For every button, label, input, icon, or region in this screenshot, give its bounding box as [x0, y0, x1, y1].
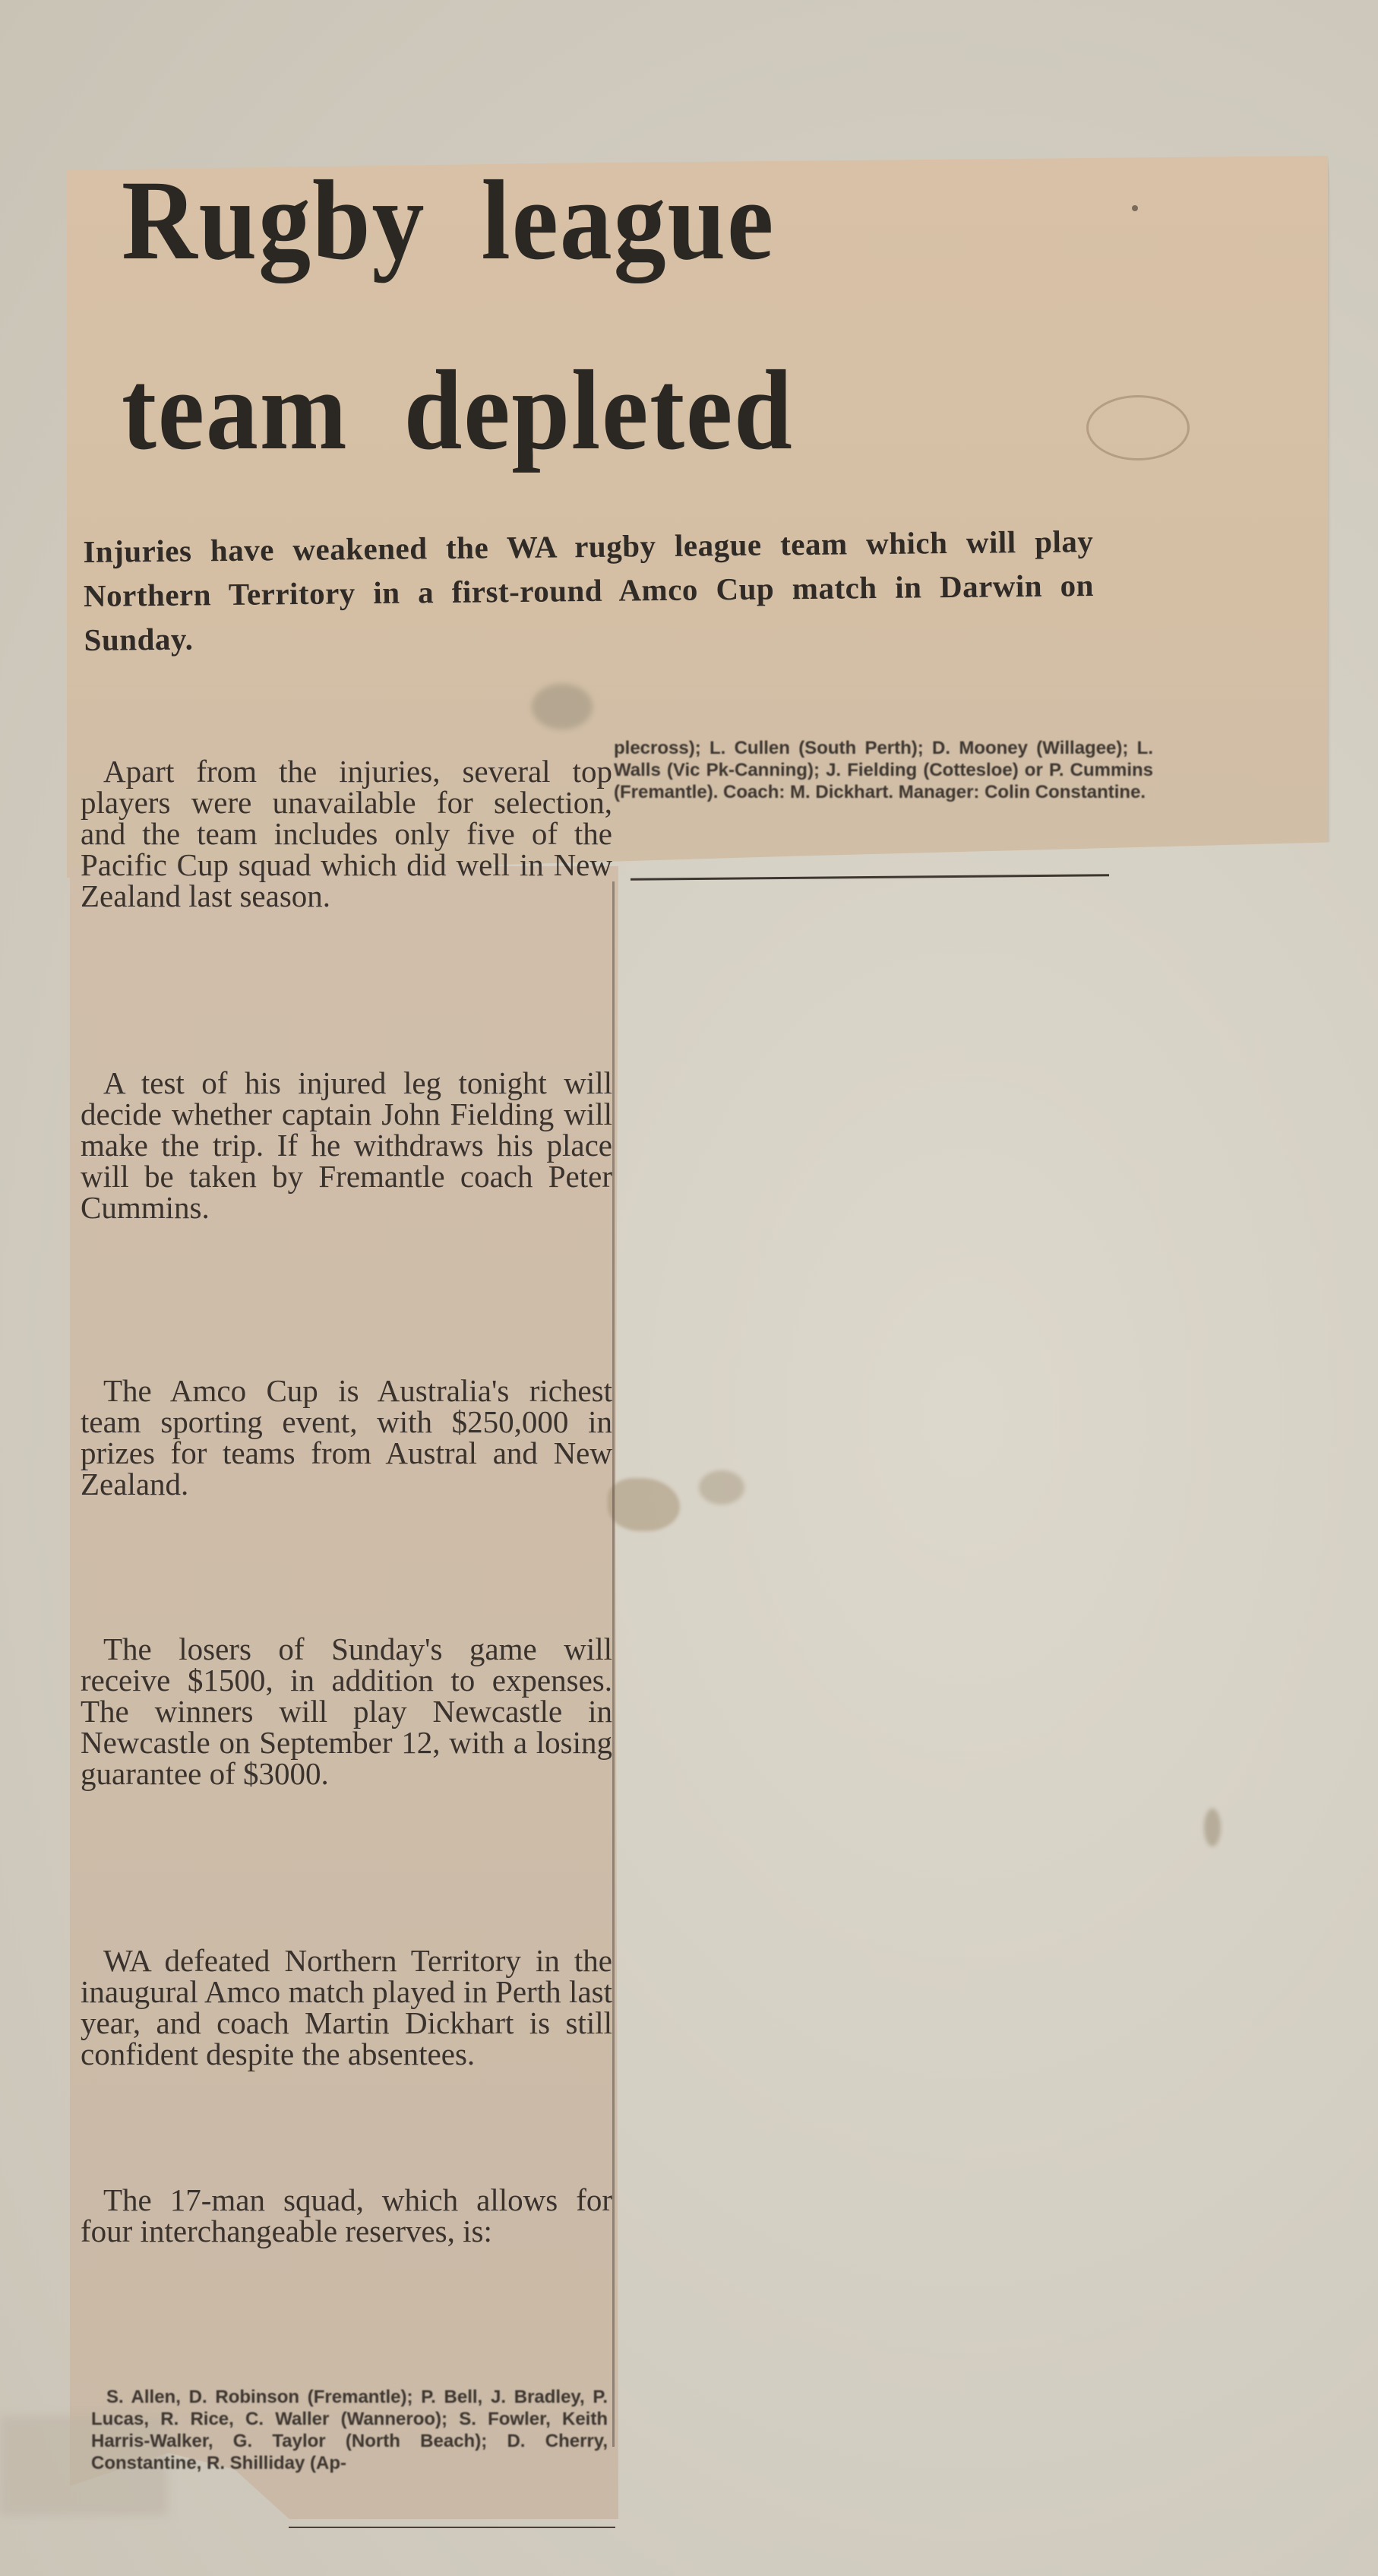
body-paragraph: The losers of Sunday's game will receive… [81, 1634, 612, 1790]
bottom-rule [289, 2527, 615, 2528]
standfirst: Injuries have weakened the WA rugby leag… [83, 519, 1095, 662]
paragraph-text: A test of his injured leg tonight will d… [81, 1068, 612, 1223]
paragraph-text: Apart from the injuries, several top pla… [81, 756, 612, 912]
ink-smudge [1132, 205, 1138, 211]
ink-smudge [532, 684, 593, 729]
body-paragraph: The 17-man squad, which allows for four … [81, 2185, 612, 2247]
squad-list: S. Allen, D. Robinson (Fremantle); P. Be… [91, 2386, 608, 2474]
headline-line-1: Rugby league [122, 163, 775, 277]
paragraph-text: WA defeated Northern Territory in the in… [81, 1945, 612, 2070]
backing-stain [1204, 1809, 1221, 1847]
backing-stain [699, 1470, 744, 1505]
paragraph-text: The Amco Cup is Australia's richest team… [81, 1375, 612, 1500]
headline-line-2: team depleted [122, 353, 794, 467]
column-end-rule [631, 874, 1109, 880]
body-paragraph: Apart from the injuries, several top pla… [81, 756, 612, 912]
paragraph-text: The losers of Sunday's game will receive… [81, 1634, 612, 1790]
body-paragraph: WA defeated Northern Territory in the in… [81, 1945, 612, 2070]
squad-list-continued: plecross); L. Cullen (South Perth); D. M… [614, 737, 1153, 803]
glue-patch [608, 1478, 680, 1531]
body-paragraph: The Amco Cup is Australia's richest team… [81, 1375, 612, 1500]
body-paragraph: A test of his injured leg tonight will d… [81, 1068, 612, 1223]
water-stain [1086, 395, 1190, 460]
column-divider [612, 881, 615, 2447]
paragraph-text: The 17-man squad, which allows for four … [81, 2185, 612, 2247]
